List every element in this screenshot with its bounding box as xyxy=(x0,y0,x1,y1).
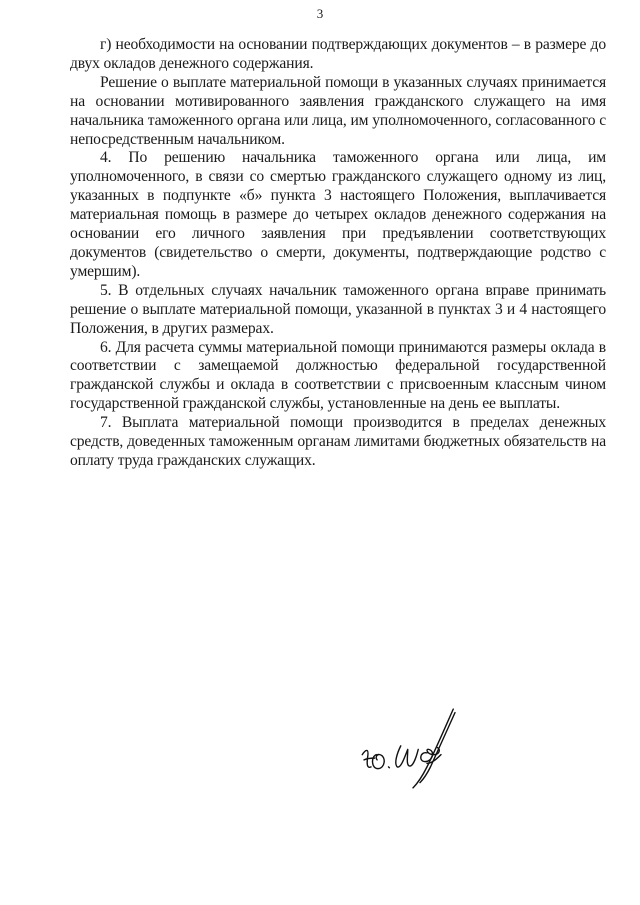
signature-icon xyxy=(350,695,490,795)
paragraph-item-6: 6. Для расчета суммы материальной помощи… xyxy=(70,339,606,415)
paragraph-decision: Решение о выплате материальной помощи в … xyxy=(70,74,606,150)
document-body: г) необходимости на основании подтвержда… xyxy=(70,36,606,471)
paragraph-item-7: 7. Выплата материальной помощи производи… xyxy=(70,414,606,471)
paragraph-item-4: 4. По решению начальника таможенного орг… xyxy=(70,149,606,281)
paragraph-subpoint-g: г) необходимости на основании подтвержда… xyxy=(70,36,606,74)
page-number: 3 xyxy=(0,6,640,22)
paragraph-item-5: 5. В отдельных случаях начальник таможен… xyxy=(70,282,606,339)
